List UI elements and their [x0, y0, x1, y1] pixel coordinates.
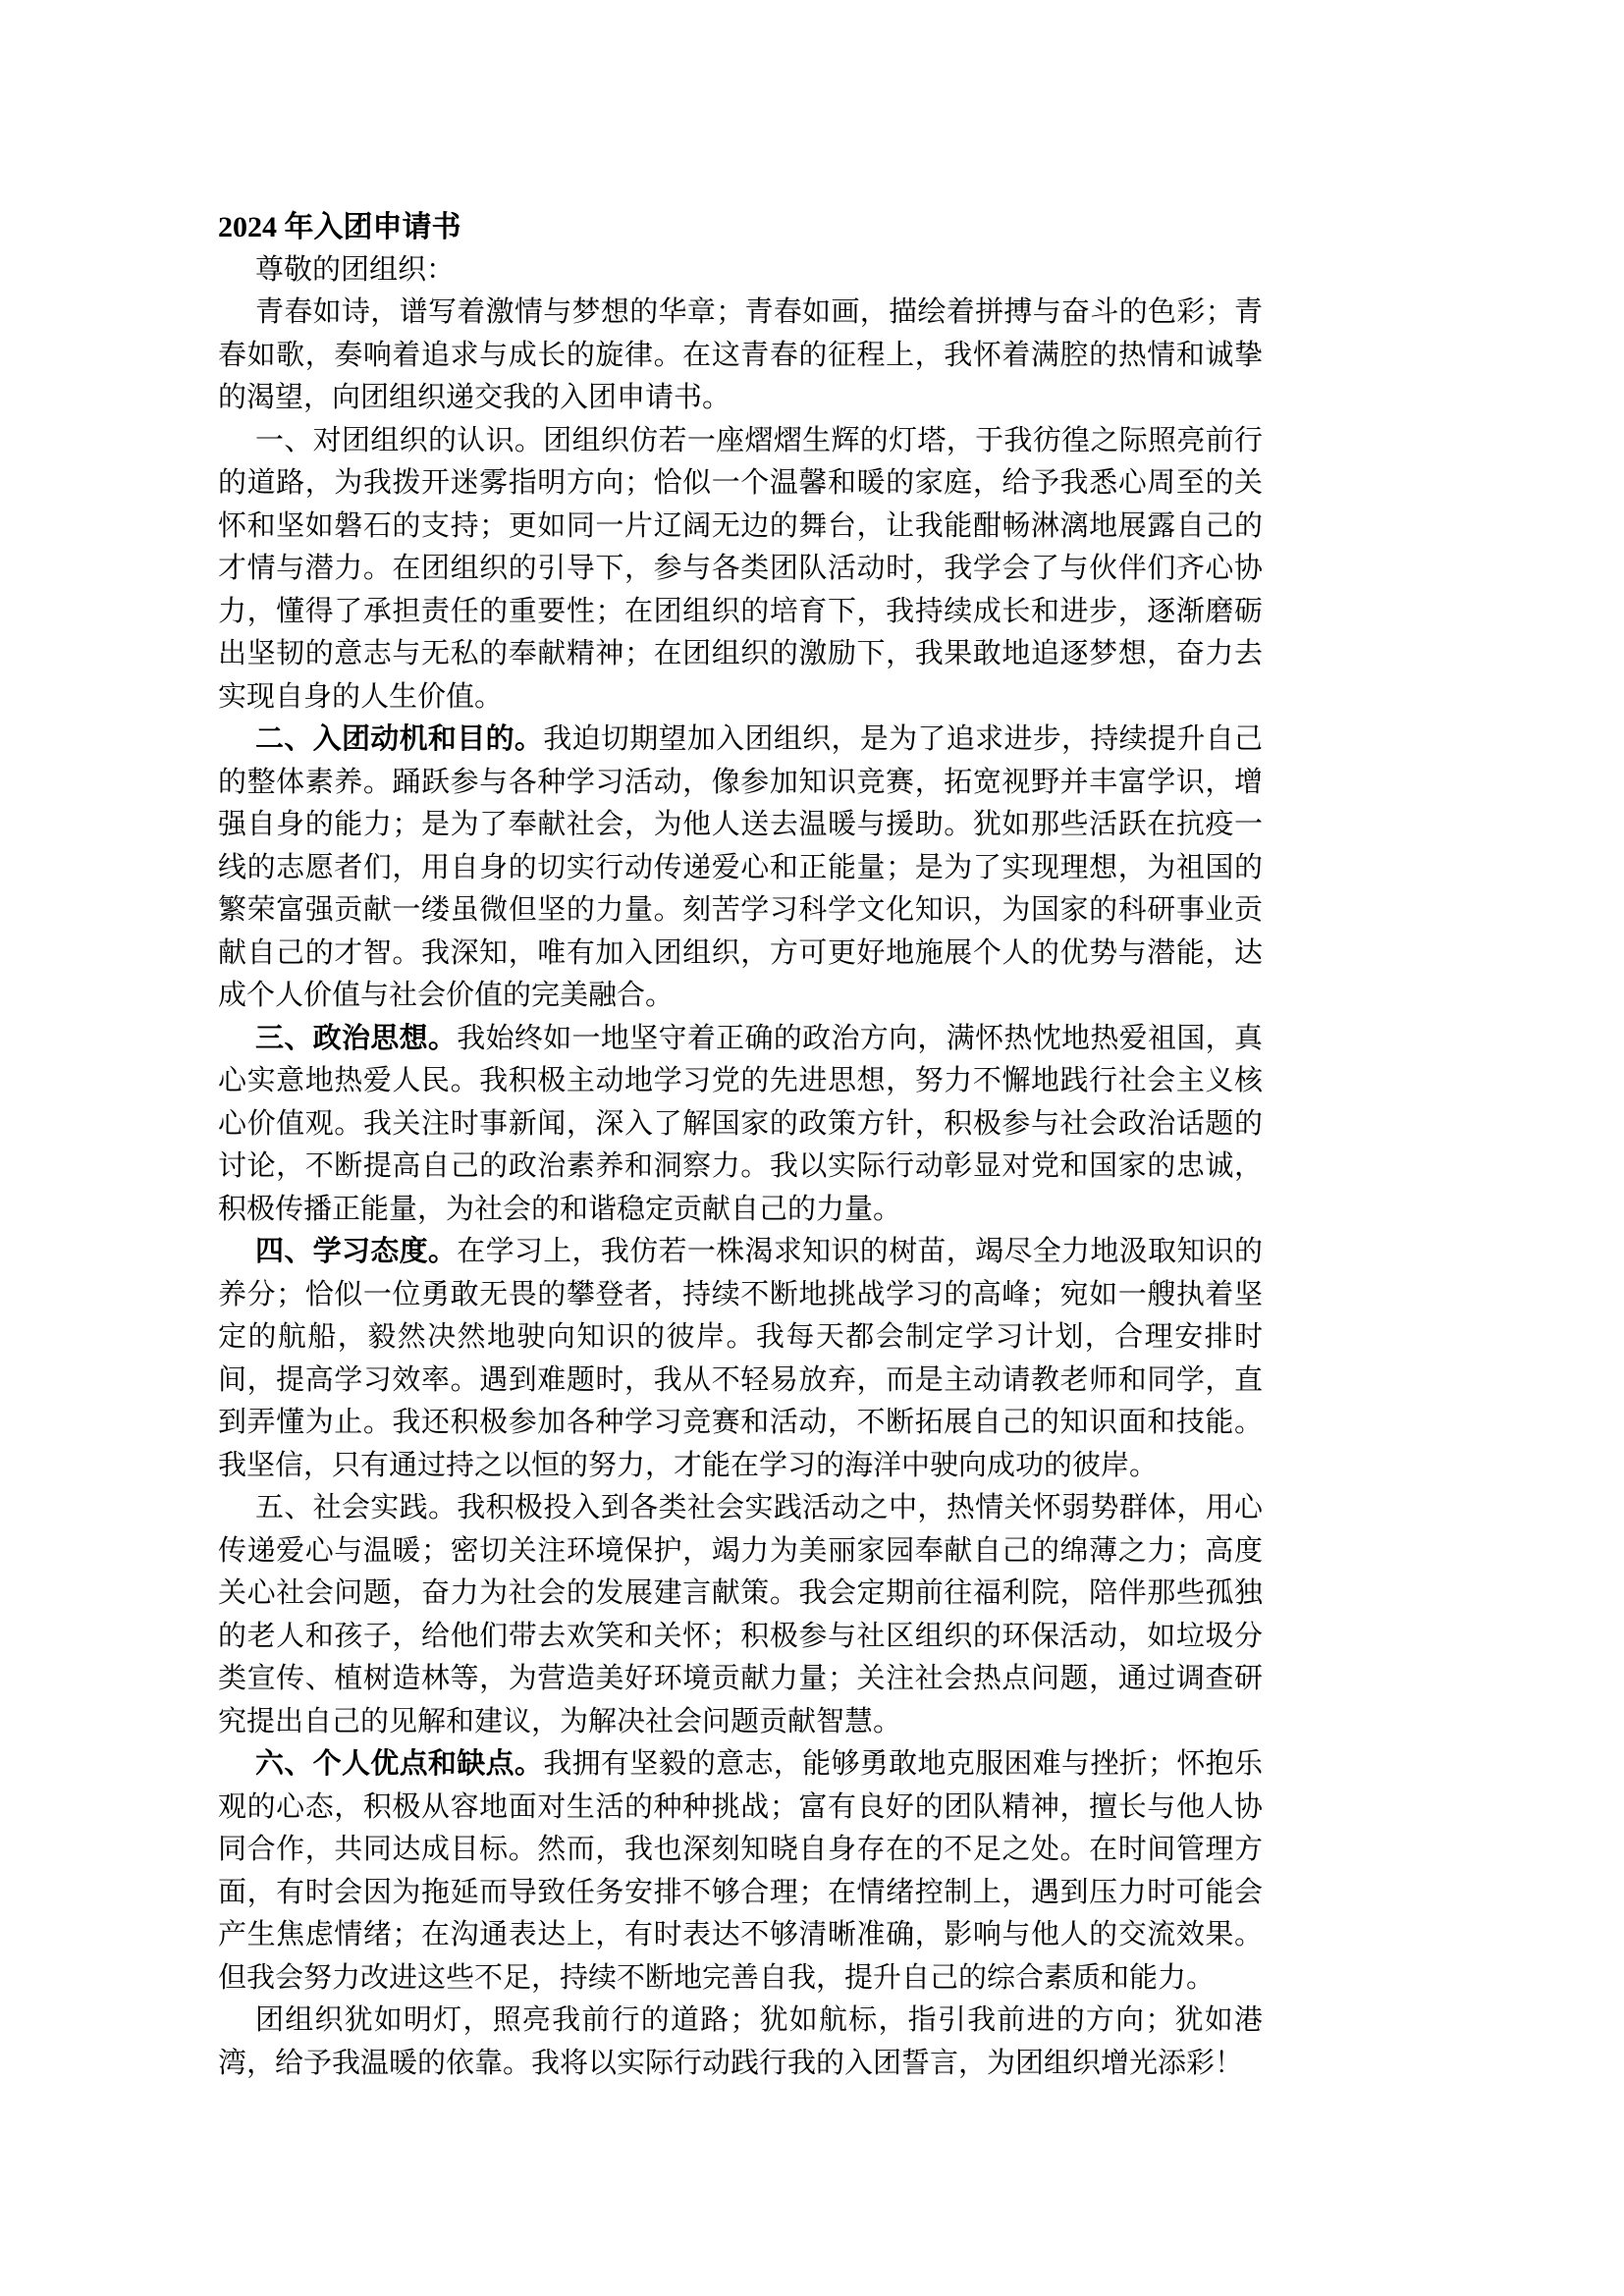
paragraph: 五、社会实践。我积极投入到各类社会实践活动之中，热情关怀弱势群体，用心传递爱心与…	[218, 1487, 1263, 1743]
paragraph-text: 一、对团组织的认识。团组织仿若一座熠熠生辉的灯塔，于我彷徨之际照亮前行的道路，为…	[218, 425, 1263, 713]
paragraph: 六、个人优点和缺点。我拥有坚毅的意志，能够勇敢地克服困难与挫折；怀抱乐观的心态，…	[218, 1743, 1263, 2000]
paragraph: 团组织犹如明灯，照亮我前行的道路；犹如航标，指引我前进的方向；犹如港湾，给予我温…	[218, 2000, 1263, 2085]
paragraph-text: 我拥有坚毅的意志，能够勇敢地克服困难与挫折；怀抱乐观的心态，积极从容地面对生活的…	[218, 1748, 1263, 1994]
paragraph-text: 青春如诗，谱写着激情与梦想的华章；青春如画，描绘着拼搏与奋斗的色彩；青春如歌，奏…	[218, 296, 1263, 413]
paragraph-lead: 六、个人优点和缺点。	[255, 1748, 543, 1780]
document-title: 2024 年入团申请书	[218, 206, 1263, 249]
paragraph: 青春如诗，谱写着激情与梦想的华章；青春如画，描绘着拼搏与奋斗的色彩；青春如歌，奏…	[218, 292, 1263, 420]
document-body: 青春如诗，谱写着激情与梦想的华章；青春如画，描绘着拼搏与奋斗的色彩；青春如歌，奏…	[218, 292, 1263, 2085]
paragraph: 四、学习态度。在学习上，我仿若一株渴求知识的树苗，竭尽全力地汲取知识的养分；恰似…	[218, 1231, 1263, 1487]
paragraph-text: 五、社会实践。我积极投入到各类社会实践活动之中，热情关怀弱势群体，用心传递爱心与…	[218, 1492, 1263, 1737]
document-page: 2024 年入团申请书 尊敬的团组织： 青春如诗，谱写着激情与梦想的华章；青春如…	[218, 206, 1263, 2085]
paragraph-lead: 二、入团动机和目的。	[255, 723, 543, 755]
paragraph-text: 团组织犹如明灯，照亮我前行的道路；犹如航标，指引我前进的方向；犹如港湾，给予我温…	[218, 2004, 1263, 2079]
salutation: 尊敬的团组织：	[218, 249, 1263, 293]
paragraph: 三、政治思想。我始终如一地坚守着正确的政治方向，满怀热忱地热爱祖国，真心实意地热…	[218, 1018, 1263, 1232]
paragraph-lead: 四、学习态度。	[255, 1236, 457, 1267]
paragraph: 二、入团动机和目的。我迫切期望加入团组织，是为了追求进步，持续提升自己的整体素养…	[218, 719, 1263, 1018]
paragraph: 一、对团组织的认识。团组织仿若一座熠熠生辉的灯塔，于我彷徨之际照亮前行的道路，为…	[218, 420, 1263, 720]
paragraph-text: 我迫切期望加入团组织，是为了追求进步，持续提升自己的整体素养。踊跃参与各种学习活…	[218, 723, 1263, 1011]
paragraph-lead: 三、政治思想。	[255, 1023, 457, 1054]
paragraph-text: 在学习上，我仿若一株渴求知识的树苗，竭尽全力地汲取知识的养分；恰似一位勇敢无畏的…	[218, 1236, 1263, 1481]
